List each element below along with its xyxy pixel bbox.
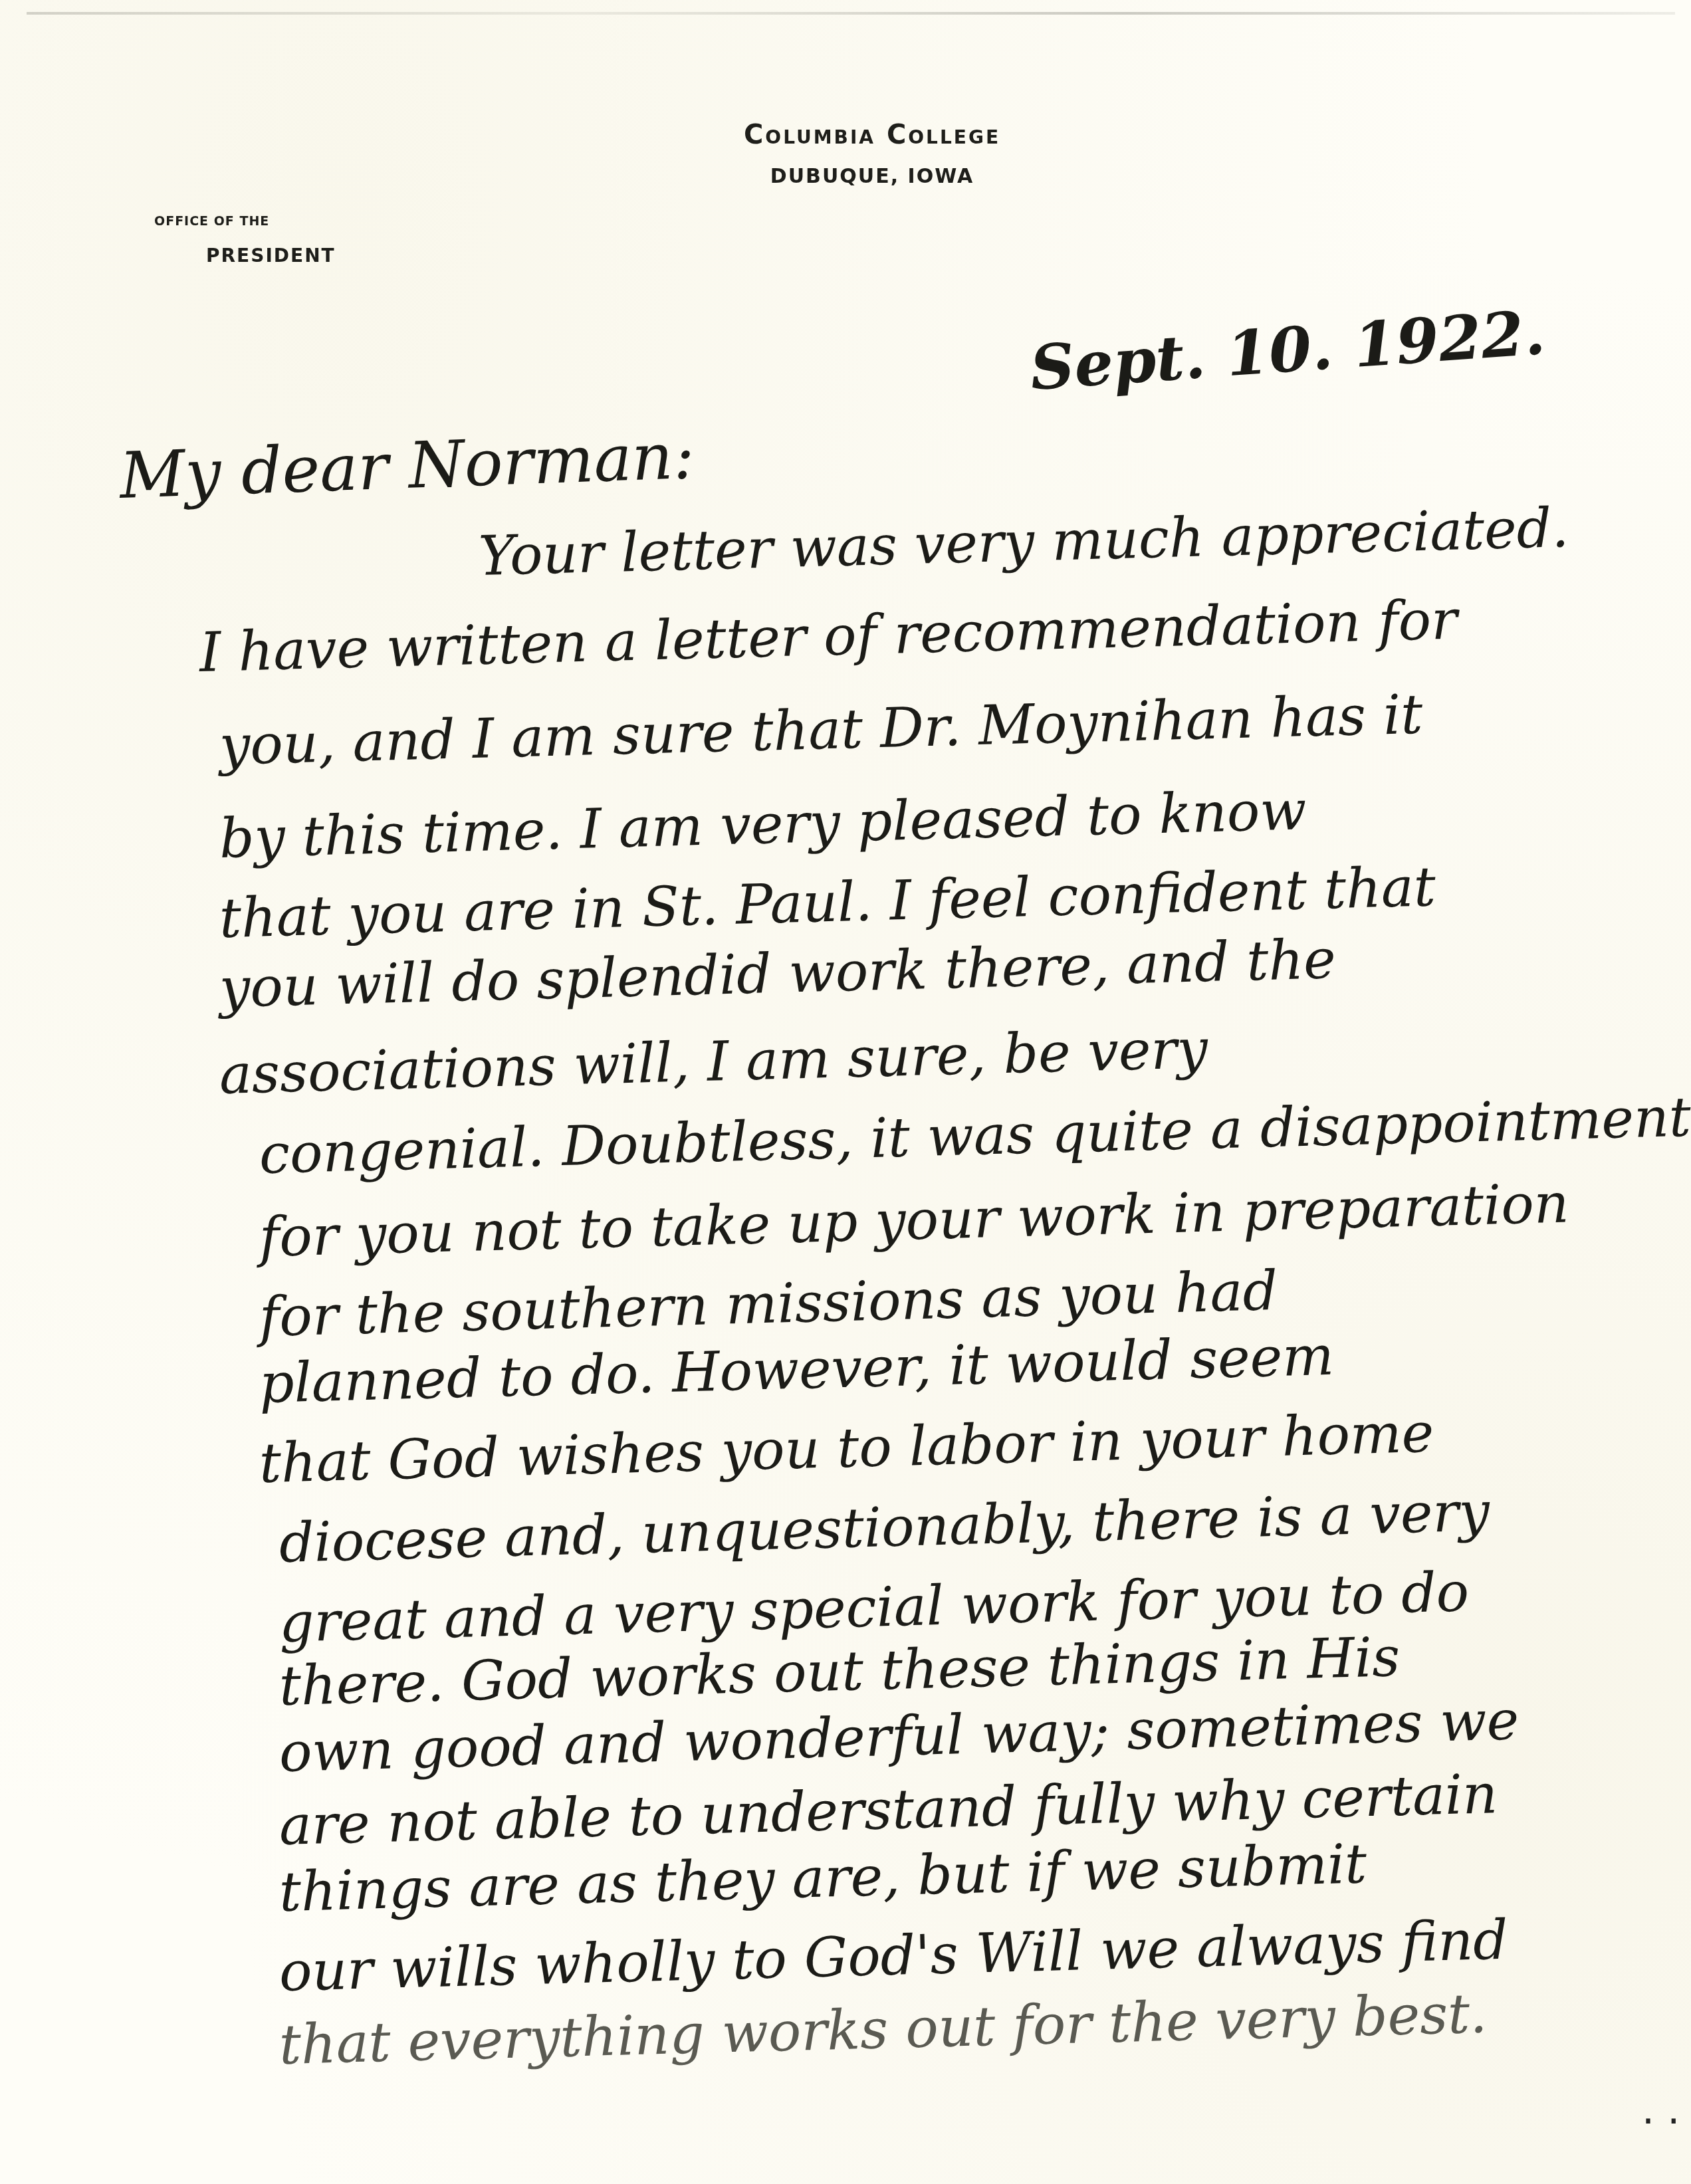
paper-edge-shadow bbox=[27, 12, 1675, 15]
office-label: OFFICE OF THE bbox=[154, 214, 336, 229]
body-line: diocese and, unquestionably, there is a … bbox=[279, 1480, 1490, 1575]
body-line: that God wishes you to labor in your hom… bbox=[259, 1402, 1434, 1495]
salutation: My dear Norman: bbox=[118, 419, 695, 513]
body-line: by this time. I am very pleased to know bbox=[219, 779, 1307, 871]
body-line: you, and I am sure that Dr. Moynihan has… bbox=[219, 683, 1424, 778]
body-line: for you not to take up your work in prep… bbox=[259, 1172, 1570, 1269]
body-line: I have written a letter of recommendatio… bbox=[199, 588, 1458, 685]
body-line: congenial. Doubtless, it was quite a dis… bbox=[259, 1086, 1691, 1186]
body-line: Your letter was very much appreciated. bbox=[478, 496, 1570, 588]
body-line: associations will, I am sure, be very bbox=[219, 1018, 1208, 1107]
letter-date: Sept. 10. 1922. bbox=[1028, 296, 1547, 404]
letter-page: Columbia College DUBUQUE, IOWA OFFICE OF… bbox=[0, 0, 1691, 2184]
office-title: PRESIDENT bbox=[206, 245, 336, 267]
institution-location: DUBUQUE, IOWA bbox=[53, 165, 1691, 188]
letterhead: Columbia College DUBUQUE, IOWA bbox=[0, 120, 1691, 188]
institution-name: Columbia College bbox=[53, 120, 1691, 150]
continuation-mark: . . bbox=[1642, 2087, 1680, 2133]
office-block: OFFICE OF THE PRESIDENT bbox=[154, 214, 336, 267]
